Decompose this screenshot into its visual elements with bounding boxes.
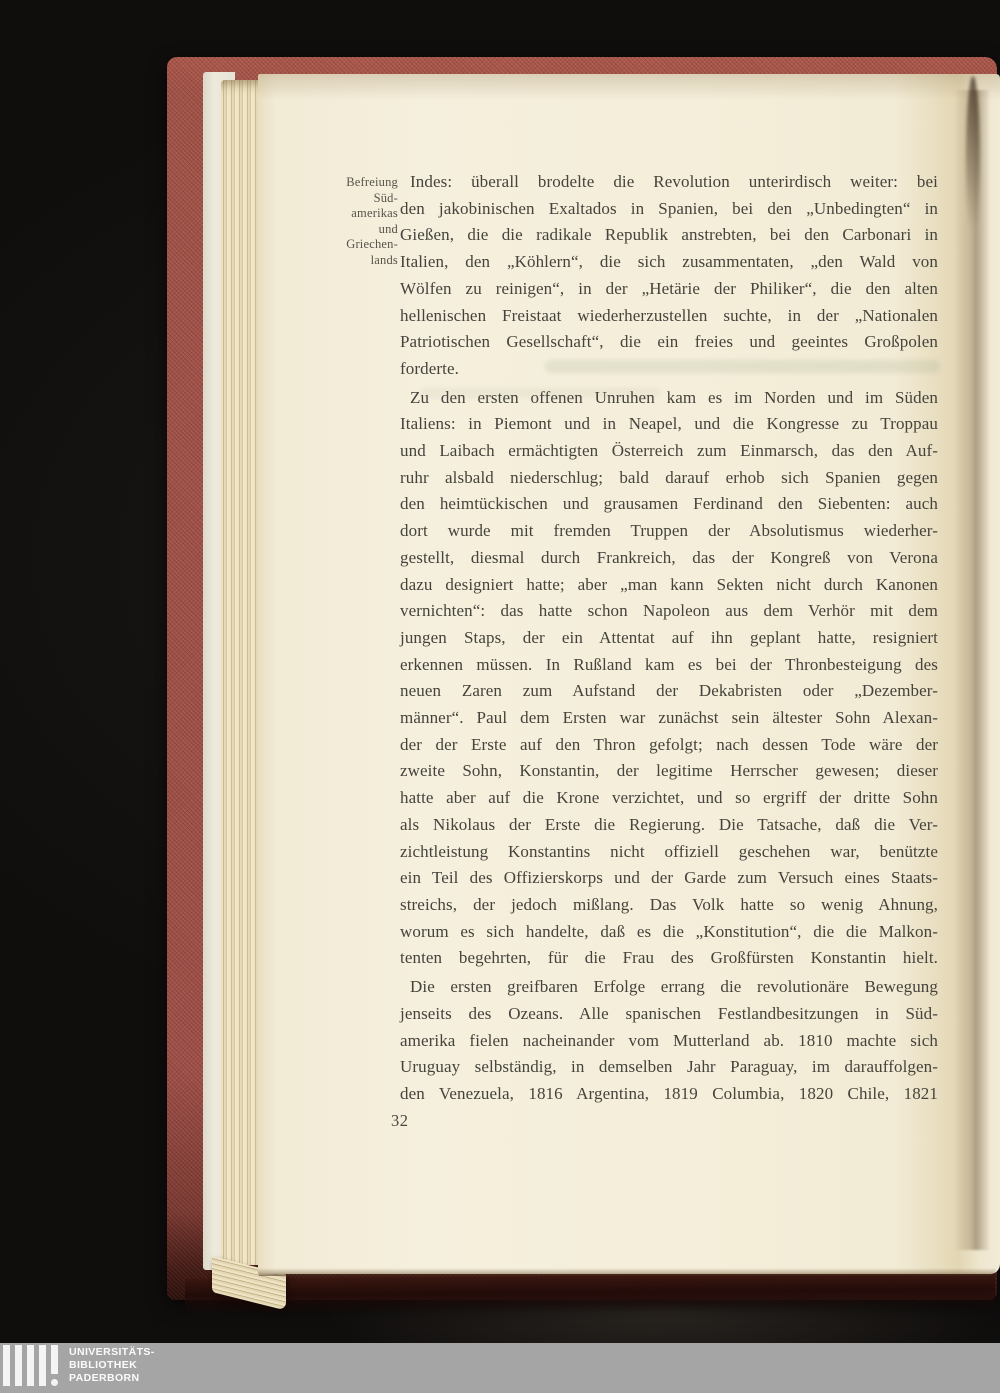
text-line: Patriotischen Gesellschaft“, die ein fre… — [400, 329, 938, 356]
text-line: Uruguay selbständig, in demselben Jahr P… — [400, 1054, 938, 1081]
text-line: Italiens: in Piemont und in Neapel, und … — [400, 411, 938, 438]
text-line: Italien, den „Köhlern“, die sich zusamme… — [400, 249, 938, 276]
text-line: forderte. — [400, 356, 938, 383]
paragraph: Zu den ersten offenen Unruhen kam es im … — [400, 385, 938, 972]
text-line: amerika fielen nacheinander vom Mutterla… — [400, 1028, 938, 1055]
page-bottom-edge — [258, 1268, 996, 1276]
text-line: Zu den ersten offenen Unruhen kam es im … — [400, 385, 938, 412]
text-line: als Nikolaus der Erste die Regierung. Di… — [400, 812, 938, 839]
margin-note-line: Griechen- — [326, 237, 398, 253]
text-line: jenseits des Ozeans. Alle spanischen Fes… — [400, 1001, 938, 1028]
margin-note-line: Süd- — [326, 191, 398, 207]
text-line: zweite Sohn, Konstantin, der legitime He… — [400, 758, 938, 785]
text-line: dazu designiert hatte; aber „man kann Se… — [400, 572, 938, 599]
library-name-line: BIBLIOTHEK — [69, 1359, 155, 1372]
margin-note-line: amerikas — [326, 206, 398, 222]
paragraph: Indes: überall brodelte die Revolution u… — [400, 169, 938, 383]
text-line: und Laibach ermächtigten Österreich zum … — [400, 438, 938, 465]
text-line: den jakobinischen Exaltados in Spanien, … — [400, 196, 938, 223]
text-line: den Venezuela, 1816 Argentina, 1819 Colu… — [400, 1081, 938, 1108]
text-line: männer“. Paul dem Ersten war zunächst se… — [400, 705, 938, 732]
page-text: Indes: überall brodelte die Revolution u… — [400, 169, 938, 1108]
library-name-line: PADERBORN — [69, 1372, 155, 1385]
ub-paderborn-logo-icon — [2, 1343, 64, 1393]
text-line: streichs, der jedoch mißlang. Das Volk h… — [400, 892, 938, 919]
text-line: gestellt, diesmal durch Frankreich, das … — [400, 545, 938, 572]
text-line: hatte aber auf die Krone verzichtet, und… — [400, 785, 938, 812]
margin-note-line: lands — [326, 253, 398, 269]
library-watermark-bar: UNIVERSITÄTS-BIBLIOTHEKPADERBORN — [0, 1343, 1000, 1393]
book-cover-bottom-shadow — [185, 1273, 995, 1315]
margin-note-line: und — [326, 222, 398, 238]
text-line: der der Erste auf den Thron gefolgt; nac… — [400, 732, 938, 759]
text-line: Wölfen zu reinigen“, in der „Hetärie der… — [400, 276, 938, 303]
text-line: zichtleistung Konstantins nicht offiziel… — [400, 839, 938, 866]
text-line: ruhr alsbald niederschlug; bald darauf e… — [400, 465, 938, 492]
text-line: ein Teil des Offizierskorps und der Gard… — [400, 865, 938, 892]
text-line: hellenischen Freistaat wiederherzustelle… — [400, 303, 938, 330]
text-line: tenten begehrten, für die Frau des Großf… — [400, 945, 938, 972]
text-line: jungen Staps, der ein Attentat auf ihn g… — [400, 625, 938, 652]
text-line: erkennen müssen. In Rußland kam es bei d… — [400, 652, 938, 679]
margin-note: BefreiungSüd-amerikasundGriechen-lands — [326, 175, 398, 269]
margin-note-line: Befreiung — [326, 175, 398, 191]
book-scan-view: BefreiungSüd-amerikasundGriechen-lands I… — [0, 0, 1000, 1393]
text-line: Gießen, die die radikale Republik anstre… — [400, 222, 938, 249]
text-line: worum es sich handelte, daß es die „Kons… — [400, 919, 938, 946]
text-line: Indes: überall brodelte die Revolution u… — [400, 169, 938, 196]
library-name-line: UNIVERSITÄTS- — [69, 1346, 155, 1359]
text-line: vernichten“: das hatte schon Napoleon au… — [400, 598, 938, 625]
text-line: neuen Zaren zum Aufstand der Dekabristen… — [400, 678, 938, 705]
page-number: 32 — [391, 1111, 409, 1131]
text-line: Die ersten greifbaren Erfolge errang die… — [400, 974, 938, 1001]
page-gutter-top-shadow — [966, 76, 980, 246]
text-line: den heimtückischen und grausamen Ferdina… — [400, 491, 938, 518]
text-line: dort wurde mit fremden Truppen der Absol… — [400, 518, 938, 545]
library-name: UNIVERSITÄTS-BIBLIOTHEKPADERBORN — [69, 1346, 155, 1384]
paragraph: Die ersten greifbaren Erfolge errang die… — [400, 974, 938, 1108]
page-gutter-shadow — [955, 90, 989, 1250]
